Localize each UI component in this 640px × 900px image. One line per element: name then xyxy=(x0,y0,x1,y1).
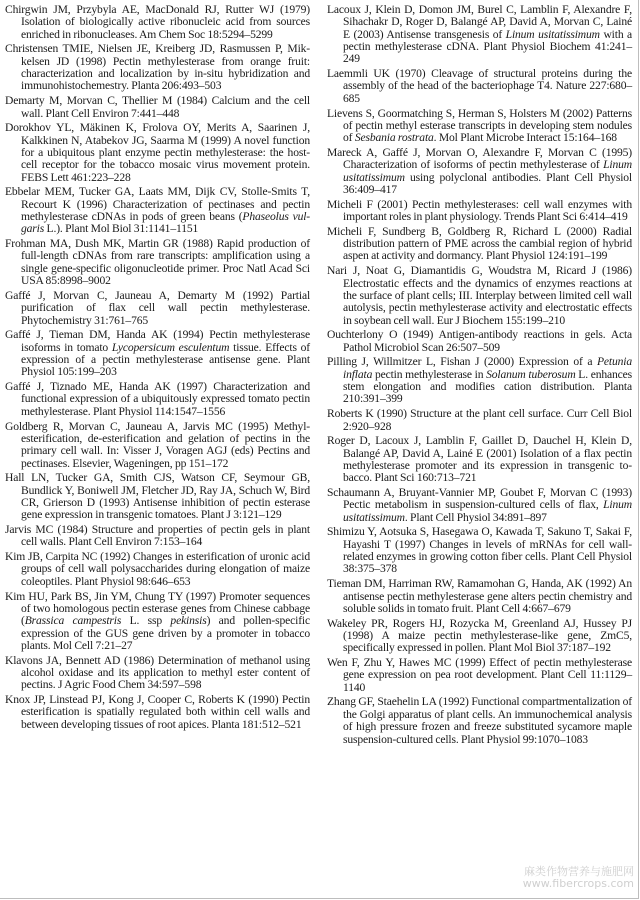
reference-entry: Ouchterlony O (1949) Antigen-antibody re… xyxy=(327,329,632,354)
reference-authors: Nari J, Noat G, Diamantidis G, Woudstra … xyxy=(327,264,632,277)
reference-entry: Wen F, Zhu Y, Hawes MC (1999) Effect of … xyxy=(327,657,632,694)
reference-authors: Wen F, Zhu Y, Hawes MC (1999) xyxy=(327,656,485,669)
reference-entry: Gaffé J, Tiznado ME, Handa AK (1997) Cha… xyxy=(5,381,310,418)
site-watermark: 麻类作物营养与施肥网 www.fibercrops.com xyxy=(523,866,634,890)
reference-authors: Pilling J, Willmitzer L, Fishan J (2000) xyxy=(327,355,514,368)
reference-species-name: Solanum tuberosum xyxy=(486,368,575,381)
reference-entry: Tieman DM, Harriman RW, Ramamohan G, Han… xyxy=(327,578,632,615)
references-right-column: Lacoux J, Klein D, Domon JM, Burel C, La… xyxy=(327,4,632,748)
reference-authors: Micheli F, Sundberg B, Goldberg R, Richa… xyxy=(327,225,597,238)
reference-entry: Wakeley PR, Rogers HJ, Rozycka M, Greenl… xyxy=(327,618,632,655)
reference-authors: Kim HU, Park BS, Jin YM, Chung TY (1997) xyxy=(5,590,216,603)
references-left-column: Chirgwin JM, Przybyla AE, MacDonald RJ, … xyxy=(5,4,310,734)
reference-entry: Mareck A, Gaffé J, Morvan O, Alexandre F… xyxy=(327,147,632,196)
reference-text: pectin methylesterase in xyxy=(372,368,486,381)
reference-entry: Hall LN, Tucker GA, Smith CJS, Watson CF… xyxy=(5,472,310,521)
reference-entry: Klavons JA, Bennett AD (1986) Determinat… xyxy=(5,655,310,692)
reference-entry: Lacoux J, Klein D, Domon JM, Burel C, La… xyxy=(327,4,632,66)
reference-authors: Chirgwin JM, Przybyla AE, MacDonald RJ, … xyxy=(5,3,310,16)
reference-text: L.). Plant Mol Biol 31:1141–1151 xyxy=(44,222,198,235)
reference-authors: Jarvis MC (1984) xyxy=(5,523,87,536)
reference-authors: Mareck A, Gaffé J, Morvan O, Alexandre F… xyxy=(327,146,632,159)
reference-text: Characterization of isoforms of pectin m… xyxy=(343,158,603,171)
reference-species-name: Lycopersicum esculentum xyxy=(112,341,229,354)
reference-authors: Lievens S, Goormatching S, Herman S, Hol… xyxy=(327,107,593,120)
reference-entry: Dorokhov YL, Mäkinen K, Frolova OY, Meri… xyxy=(5,122,310,184)
reference-species-name: Brassica campestris xyxy=(25,614,122,627)
reference-text: . Mol Plant Microbe Interact 15:164–168 xyxy=(434,131,617,144)
reference-authors: Schaumann A, Bruyant-Vannier MP, Goubet … xyxy=(327,486,632,499)
reference-entry: Knox JP, Linstead PJ, Kong J, Cooper C, … xyxy=(5,694,310,731)
reference-entry: Shimizu Y, Aotsuka S, Hasegawa O, Kawada… xyxy=(327,526,632,575)
reference-text: Isolation of biologically active ribonuc… xyxy=(21,15,310,40)
reference-entry: Lievens S, Goormatching S, Herman S, Hol… xyxy=(327,108,632,145)
reference-entry: Micheli F, Sundberg B, Goldberg R, Richa… xyxy=(327,226,632,263)
reference-species-name: pekinsis xyxy=(170,614,206,627)
reference-text: . Plant Cell Physiol 34:891–897 xyxy=(405,511,547,524)
watermark-url: www.fibercrops.com xyxy=(523,878,634,890)
reference-authors: Roberts K (1990) xyxy=(327,407,407,420)
reference-entry: Kim HU, Park BS, Jin YM, Chung TY (1997)… xyxy=(5,591,310,653)
reference-authors: Laemmli UK (1970) xyxy=(327,67,426,80)
reference-authors: Goldberg R, Morvan C, Jauneau A, Jarvis … xyxy=(5,420,268,433)
reference-text: Electrostatic effects and the dynamics o… xyxy=(343,277,632,327)
reference-entry: Schaumann A, Bruyant-Vannier MP, Goubet … xyxy=(327,487,632,524)
reference-authors: Demarty M, Morvan C, Thellier M (1984) xyxy=(5,94,207,107)
reference-authors: Micheli F (2001) xyxy=(327,198,407,211)
reference-text: Expression of a xyxy=(519,355,597,368)
reference-entry: Gaffé J, Tieman DM, Handa AK (1994) Pect… xyxy=(5,329,310,378)
reference-entry: Frohman MA, Dush MK, Martin GR (1988) Ra… xyxy=(5,238,310,287)
reference-species-name: Linum usitatissimum xyxy=(506,28,600,41)
reference-entry: Christensen TMIE, Nielsen JE, Kreiberg J… xyxy=(5,43,310,92)
reference-entry: Zhang GF, Staehelin LA (1992) Functional… xyxy=(327,696,632,745)
reference-entry: Ebbelar MEM, Tucker GA, Laats MM, Dijk C… xyxy=(5,186,310,235)
reference-authors: Klavons JA, Bennett AD (1986) xyxy=(5,654,154,667)
reference-entry: Demarty M, Morvan C, Thellier M (1984) C… xyxy=(5,95,310,120)
reference-entry: Chirgwin JM, Przybyla AE, MacDonald RJ, … xyxy=(5,4,310,41)
reference-text: Pectic metabolism in suspension-cultured… xyxy=(343,498,603,511)
reference-entry: Goldberg R, Morvan C, Jauneau A, Jarvis … xyxy=(5,421,310,470)
reference-entry: Micheli F (2001) Pectin methylesterases:… xyxy=(327,199,632,224)
reference-entry: Kim JB, Carpita NC (1992) Changes in est… xyxy=(5,551,310,588)
reference-entry: Laemmli UK (1970) Cleavage of structural… xyxy=(327,68,632,105)
reference-authors: Frohman MA, Dush MK, Martin GR (1988) xyxy=(5,237,213,250)
reference-species-name: Sesbania rostrata xyxy=(355,131,434,144)
reference-authors: Knox JP, Linstead PJ, Kong J, Cooper C, … xyxy=(5,693,278,706)
reference-entry: Gaffé J, Morvan C, Jauneau A, Demarty M … xyxy=(5,290,310,327)
reference-entry: Nari J, Noat G, Diamantidis G, Woudstra … xyxy=(327,265,632,327)
reference-page: Chirgwin JM, Przybyla AE, MacDonald RJ, … xyxy=(0,0,639,899)
reference-authors: Ouchterlony O (1949) xyxy=(327,328,433,341)
reference-entry: Roger D, Lacoux J, Lamblin F, Gaillet D,… xyxy=(327,435,632,484)
reference-text: A maize pectin methylesterase-like gene,… xyxy=(343,629,632,654)
reference-authors: Gaffé J, Tiznado ME, Handa AK (1997) xyxy=(5,380,207,393)
reference-authors: Kim JB, Carpita NC (1992) xyxy=(5,550,130,563)
reference-authors: Gaffé J, Morvan C, Jauneau A, Demarty M … xyxy=(5,289,273,302)
reference-entry: Jarvis MC (1984) Structure and propertie… xyxy=(5,524,310,549)
reference-text: L. ssp xyxy=(121,614,170,627)
reference-authors: Gaffé J, Tieman DM, Handa AK (1994) xyxy=(5,328,203,341)
reference-text: Antisense transgenesis of xyxy=(386,28,505,41)
reference-entry: Pilling J, Willmitzer L, Fishan J (2000)… xyxy=(327,356,632,405)
reference-authors: Zhang GF, Staehelin LA (1992) xyxy=(327,695,469,708)
reference-entry: Roberts K (1990) Structure at the plant … xyxy=(327,408,632,433)
reference-authors: Tieman DM, Harriman RW, Ramamohan G, Han… xyxy=(327,577,616,590)
